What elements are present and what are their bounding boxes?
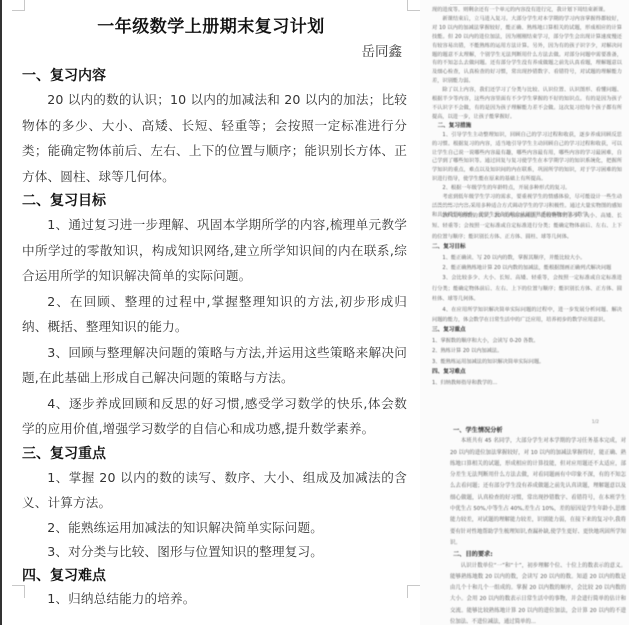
document-author: 岳同鑫 — [362, 40, 403, 60]
preview-heading: 三、复习重点 — [432, 325, 622, 335]
paragraph: 3、回顾与整理解决问题的策略与方法,并运用这些策略来解决问题,在此基础上形成自己… — [22, 340, 407, 391]
section-heading-review-goals: 二、复习目标 — [22, 190, 407, 212]
section-heading-review-key-points: 三、复习重点 — [22, 443, 407, 465]
preview-paragraph: 20 以内的数的认识，20 以内的加减法，比较物体的多少、大小、高矮、长短、轻重… — [432, 211, 622, 242]
document-body: 一、复习内容 20 以内的数的认识；10 以内的加减法和 20 以内的加法；比较… — [22, 64, 407, 611]
preview-paragraph: 1、能正确读、写 20 以内的数，掌握其顺序，并能比较大小。 — [432, 253, 622, 263]
paragraph: 4、逐步养成回顾和反思的好习惯,感受学习数学的快乐,体会数学的应用价值,增强学习… — [22, 391, 407, 442]
paragraph: 3、对分类与比较、图形与位置知识的整理复习。 — [22, 540, 407, 564]
preview-heading: 四、复习难点 — [432, 367, 622, 377]
preview-line: 现的进度等。则剩余还有一个单元的内容没有进行完，我计划下周结束新课。 — [432, 6, 622, 15]
preview-paragraph: 本班共有 45 名同学，大部分学生对本学期的学习任务基本完成，对 20 以内的进… — [450, 436, 626, 549]
preview-paragraph: 认识计数单位“一”和“十”，初步理解个位、十位上的数表示的意义。能够熟练地数 2… — [450, 561, 626, 625]
paragraph: 1、归纳总结能力的培养。 — [22, 587, 407, 611]
preview-heading: 一、学生情况分析 — [450, 425, 626, 436]
preview-heading: 二、复习目标 — [432, 242, 622, 252]
preview-paragraph: 3、会比较多少、大小、长短、高矮、轻重等，会按照一定标准或自定标准进行分类；能确… — [432, 273, 622, 304]
paragraph: 2、能熟练运用加减法的知识解决简单实际问题。 — [22, 516, 407, 540]
preview-line: 1、掌握数的顺序和大小，会读写 0-20 各数。 — [432, 336, 622, 346]
preview-paragraph: 1、引导学生主动整理知识，回顾自己的学习过程和收获，逐步养成回顾反思的习惯。根据… — [432, 131, 622, 184]
preview-line: 2、熟练计算 20 以内加减法。 — [432, 346, 622, 356]
page-corner-mark-top-right — [407, 0, 420, 11]
preview-page-3-text: 一、学生情况分析 本班共有 45 名同学，大部分学生对本学期的学习任务基本完成，… — [450, 425, 626, 625]
related-pages-preview[interactable]: 现的进度等。则剩余还有一个单元的内容没有进行完，我计划下周结束新课。 新课结束后… — [420, 0, 629, 625]
page-divider — [432, 205, 472, 206]
page-corner-mark-bottom-right — [407, 585, 420, 598]
document-title: 一年级数学上册期末复习计划 — [2, 12, 420, 37]
preview-page-2-text: 20 以内的数的认识，20 以内的加减法，比较物体的多少、大小、高矮、长短、轻重… — [432, 211, 622, 388]
paragraph: 1、通过复习进一步理解、巩固本学期所学的内容,梳理单元教学中所学过的零散知识，构… — [22, 212, 407, 289]
paragraph: 20 以内的数的认识；10 以内的加减法和 20 以内的加法；比较物体的多少、大… — [22, 87, 407, 189]
document-page: 一年级数学上册期末复习计划 岳同鑫 一、复习内容 20 以内的数的认识；10 以… — [2, 0, 420, 625]
preview-line: 3、能熟练运用加减法的知识解决简单实际问题。 — [432, 357, 622, 367]
preview-paragraph: 2、能正确熟练地计算 20 以内数的加减法，能根据图画正确列式解决问题 — [432, 263, 622, 273]
preview-heading: 二、目的要求: — [450, 549, 626, 560]
section-heading-review-difficulties: 四、复习难点 — [22, 565, 407, 587]
preview-paragraph: 除了以上内容，我们还学习了分类与比较、认识位置、认识图形、看懂问题、根据半少等内… — [432, 86, 622, 122]
paragraph: 2、在回顾、整理的过程中,掌握整理知识的方法,初步形成归纳、概括、整理知识的能力… — [22, 289, 407, 340]
preview-paragraph: 2、根据一年级学生的年龄特点，开展多种形式的复习。 — [432, 184, 622, 193]
page-corner-mark-top-left — [12, 0, 25, 11]
section-heading-review-content: 一、复习内容 — [22, 65, 407, 87]
preview-line: 1、归纳教师指导和教学的... — [432, 378, 622, 388]
preview-paragraph: 新课结束后，立马进入复习。大部分学生对本学期的学习内容掌握得都较好，对 10 以… — [432, 15, 622, 86]
preview-heading: 二、复习措施 — [432, 122, 622, 131]
page-divider — [450, 4, 590, 5]
preview-page-1-text: 现的进度等。则剩余还有一个单元的内容没有进行完，我计划下周结束新课。 新课结束后… — [432, 6, 622, 220]
preview-paragraph: 4、在应用所学知识解决简单实际问题的过程中，进一步发展分析问题、解决问题的能力，… — [432, 305, 622, 326]
paragraph: 1、掌握 20 以内的数的读写、数序、大小、组成及加减法的含义、计算方法。 — [22, 465, 407, 516]
